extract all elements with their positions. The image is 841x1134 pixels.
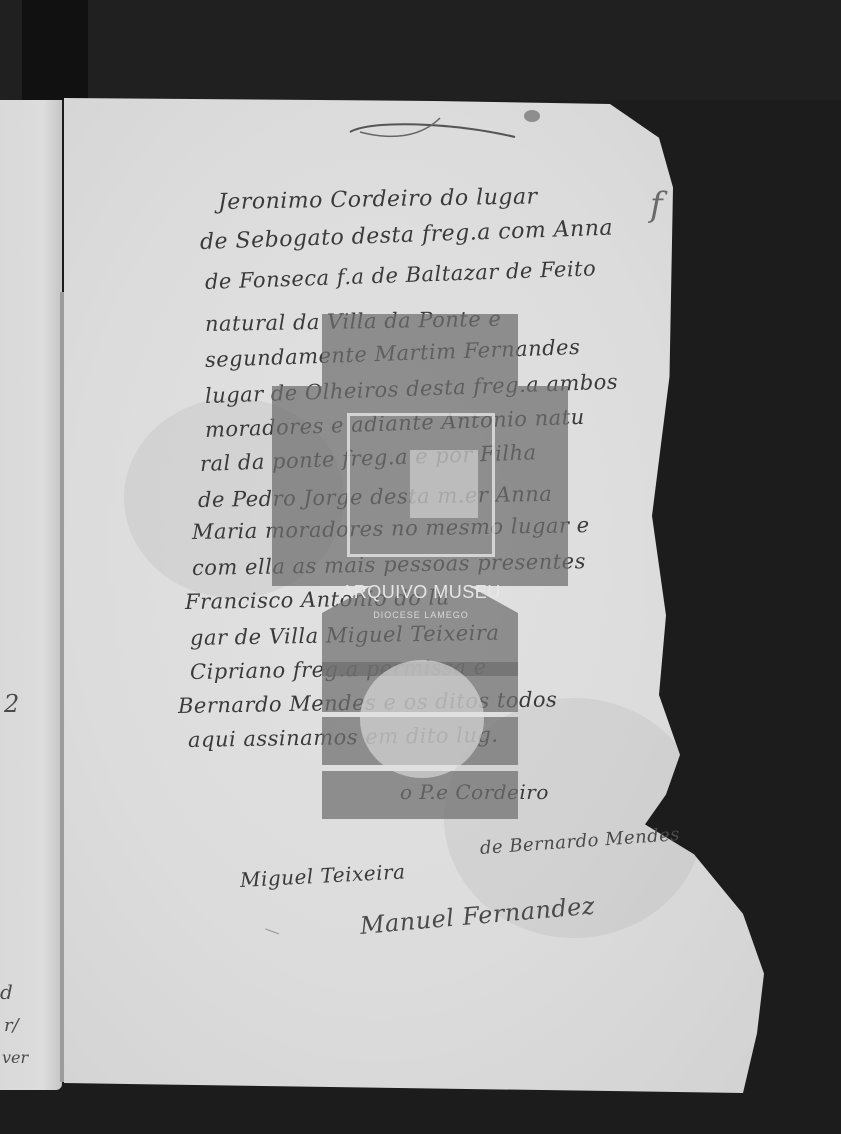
manuscript-line: o P.e Cordeiro [400,780,549,804]
left-page-mark: ver [2,1048,28,1067]
binding-shadow [22,0,88,100]
manuscript-line: Francisco Antonio do lu [185,585,450,614]
page-gutter [60,292,64,1082]
left-page-edge: 2 d r/ ver [0,100,62,1090]
margin-note: f [650,185,663,225]
left-page-mark: r/ [4,1015,19,1036]
scanner-bed [0,0,841,100]
left-page-mark: 2 [4,690,19,718]
heading-flourish [330,110,530,150]
left-page-mark: d [0,980,13,1004]
